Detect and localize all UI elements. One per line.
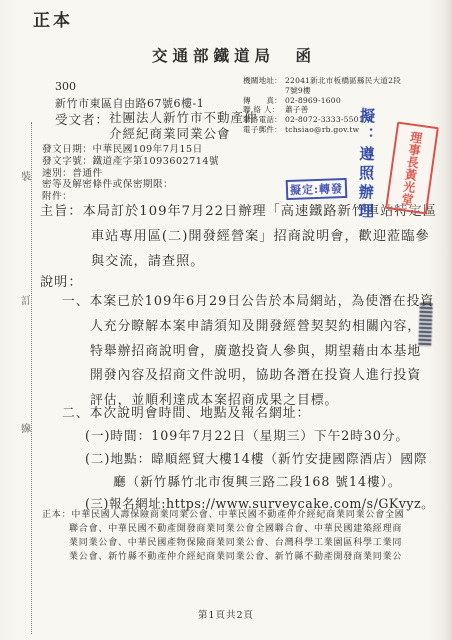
distribution-list: 正本：中華民國人壽保險商業同業公會、中華民國不動產仲介經紀商業同業公會全國 聯合… <box>42 508 432 564</box>
dispatch-number: 發文字號：鐵道產字第1093602714號 <box>42 156 219 168</box>
recipient-label: 受文者： <box>55 110 109 141</box>
binding-mark-ding: 訂 <box>20 292 32 308</box>
explanation-item-1: 一、本案已於109年6月29日公告於本局網站，為使潛在投資 人充分瞭解本案申請須… <box>62 290 437 414</box>
binding-mark-zhuang: 裝 <box>20 167 32 183</box>
binding-mark-xian: 線 <box>20 419 32 435</box>
meeting-location-line1: (二)地點：暐順經貿大樓14樓（新竹安捷國際酒店）國際 <box>85 448 428 467</box>
page-number: 第1頁共2頁 <box>0 607 452 621</box>
dispatch-security: 密等及解密條件或保密期限： <box>42 179 219 191</box>
subject-label: 主旨： <box>40 204 83 219</box>
agency-address-row: 機關地址： 22041新北市板橋區縣民大道2段 7號9樓 <box>243 76 401 96</box>
meeting-time: (一)時間：109年7月22日（星期三）下午2時30分。 <box>85 425 409 444</box>
copy-label: 正本 <box>33 6 73 31</box>
explanation-heading: 說明： <box>40 271 83 290</box>
agency-fax-row: 傳 真： 02-8969-1600 <box>243 96 401 106</box>
meeting-location-line2: 廳（新竹縣竹北市復興三路二段168 號14樓）。 <box>113 471 401 490</box>
blue-approval-stamp: 擬定:轉發 <box>286 178 348 200</box>
scanned-official-letter: 正本 交通部鐵道局 函 300 新竹市東區自由路67號6樓-1 受文者： 社團法… <box>0 0 452 640</box>
subject-paragraph: 主旨：本局訂於109年7月22日辦理「高速鐵路新竹車站特定區 車站專用區(二)開… <box>40 199 440 274</box>
dispatch-speed: 速別：普通件 <box>42 168 219 180</box>
explanation-item-2: 二、本次說明會時間、地點及報名網址： <box>62 402 310 421</box>
received-date-stamp-icon <box>418 303 433 347</box>
doc-title: 交通部鐵道局 函 <box>14 44 452 66</box>
dispatch-meta-block: 發文日期：中華民國109年7月15日 發文字號：鐵道產字第1093602714號… <box>42 144 219 203</box>
recipient-street-address: 新竹市東區自由路67號6樓-1 <box>55 95 204 111</box>
dispatch-date: 發文日期：中華民國109年7月15日 <box>42 144 219 156</box>
binding-dotted-line <box>31 122 32 634</box>
handwritten-approval-note: 擬：遵照辦理 <box>355 108 378 248</box>
recipient-row: 受文者： 社團法人新竹市不動產仲 介經紀商業同業公會 <box>55 110 258 141</box>
recipient-name: 社團法人新竹市不動產仲 介經紀商業同業公會 <box>109 110 258 141</box>
recipient-postal-code: 300 <box>55 80 76 93</box>
